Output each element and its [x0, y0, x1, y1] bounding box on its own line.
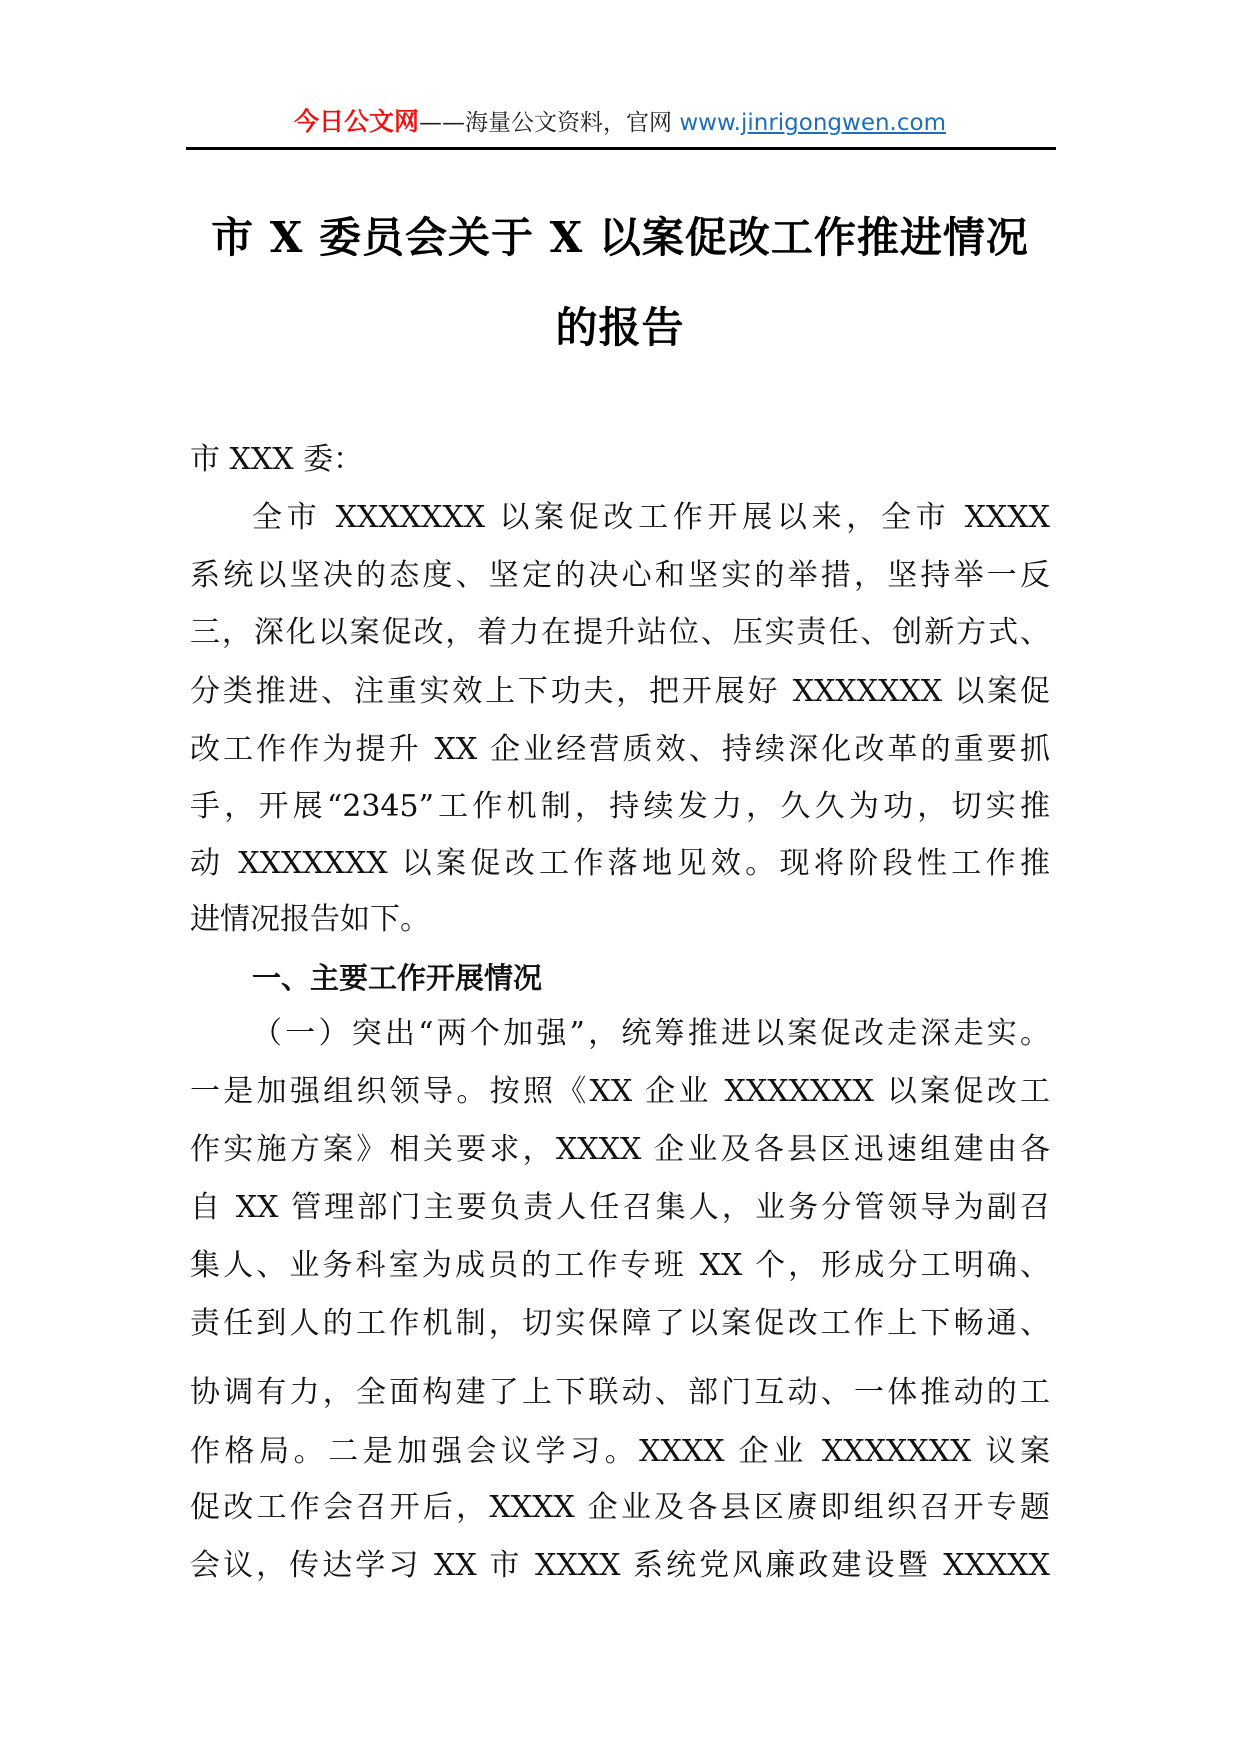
website-link-prefix: www. [679, 110, 741, 136]
section-line: 责任到人的工作机制，切实保障了以案促改工作上下畅通、 [190, 1295, 1050, 1353]
intro-line: 动 XXXXXXX 以案促改工作落地见效。现将阶段性工作推 [190, 835, 1050, 893]
website-link-domain: jinrigongwen.com [741, 110, 946, 136]
section-line: 促改工作会召开后，XXXX 企业及各县区赓即组织召开专题 [190, 1479, 1050, 1537]
document-title-line-2: 的报告 [190, 283, 1050, 373]
section-line: 协调有力，全面构建了上下联动、部门互动、一体推动的工 [190, 1364, 1050, 1422]
section-line: 自 XX 管理部门主要负责人任召集人，业务分管领导为副召 [190, 1179, 1050, 1237]
page-header: 今日公文网——海量公文资料，官网 www.jinrigongwen.com [185, 102, 1055, 142]
document-title-line-1: 市 X 委员会关于 X 以案促改工作推进情况 [190, 193, 1050, 283]
header-tagline: ——海量公文资料，官网 [419, 110, 679, 136]
brand-name: 今日公文网 [294, 107, 419, 136]
section-line: 一是加强组织领导。按照《XX 企业 XXXXXXX 以案促改工 [190, 1063, 1050, 1121]
website-link[interactable]: www.jinrigongwen.com [679, 110, 946, 136]
intro-line: 改工作作为提升 XX 企业经营质效、持续深化改革的重要抓 [190, 721, 1050, 779]
section-line: 作格局。二是加强会议学习。XXXX 企业 XXXXXXX 议案 [190, 1423, 1050, 1481]
intro-line: 进情况报告如下。 [190, 891, 1050, 949]
section-heading: 一、主要工作开展情况 [252, 949, 1050, 1007]
section-line: 集人、业务科室为成员的工作专班 XX 个，形成分工明确、 [190, 1237, 1050, 1295]
intro-line: 全市 XXXXXXX 以案促改工作开展以来，全市 XXXX [252, 489, 1050, 547]
intro-line: 系统以坚决的态度、坚定的决心和坚实的举措，坚持举一反 [190, 547, 1050, 605]
salutation: 市 XXX 委： [190, 431, 1050, 489]
intro-line: 分类推进、注重实效上下功夫，把开展好 XXXXXXX 以案促 [190, 663, 1050, 721]
section-line: （一）突出“两个加强”，统筹推进以案促改走深走实。 [252, 1005, 1050, 1063]
header-divider [186, 147, 1056, 150]
section-line: 会议，传达学习 XX 市 XXXX 系统党风廉政建设暨 XXXXX [190, 1537, 1050, 1595]
intro-line: 手，开展“2345”工作机制，持续发力，久久为功，切实推 [190, 778, 1050, 836]
intro-line: 三，深化以案促改，着力在提升站位、压实责任、创新方式、 [190, 604, 1050, 662]
section-line: 作实施方案》相关要求，XXXX 企业及各县区迅速组建由各 [190, 1121, 1050, 1179]
